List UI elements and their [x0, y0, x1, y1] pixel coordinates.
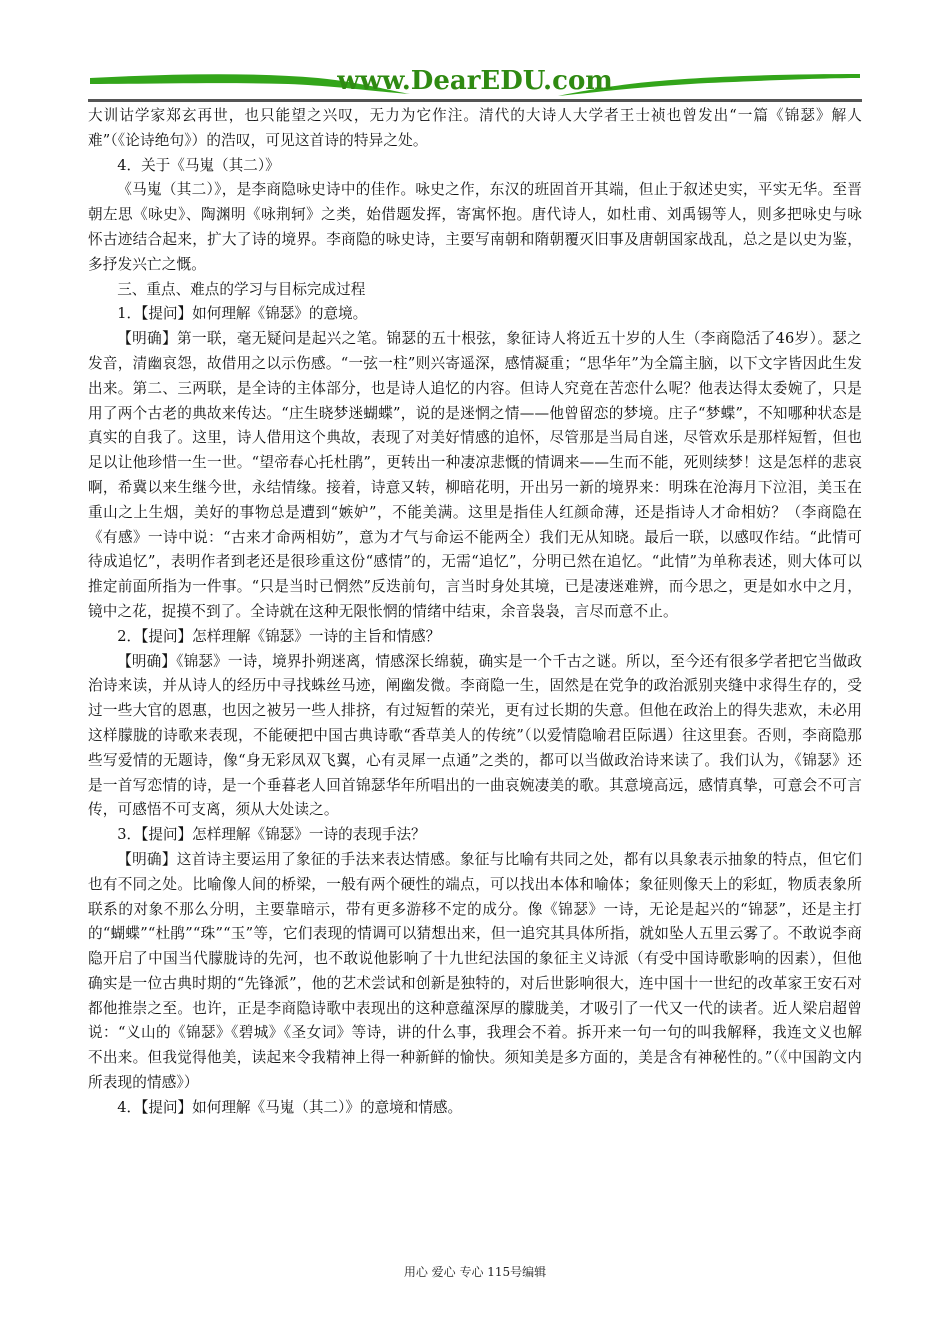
paragraph-continuation: 大训诂学家郑玄再世，也只能望之兴叹，无力为它作注。清代的大诗人大学者王士祯也曾发… [88, 104, 862, 154]
answer-2: 【明确】《锦瑟》一诗，境界扑朔迷离，情感深长绵藐，确实是一个千古之谜。所以，至今… [88, 650, 862, 824]
document-body: 大训诂学家郑玄再世，也只能望之兴叹，无力为它作注。清代的大诗人大学者王士祯也曾发… [88, 104, 862, 1121]
question-3: 3．【提问】怎样理解《锦瑟》一诗的表现手法？ [88, 823, 862, 848]
site-logo: www.DearEDU.com [88, 66, 862, 96]
section-heading-mawei: 4．关于《马嵬（其二）》 [88, 154, 862, 179]
paragraph-mawei: 《马嵬（其二）》，是李商隐咏史诗中的佳作。咏史之作，东汉的班固首开其端，但止于叙… [88, 178, 862, 277]
answer-1: 【明确】第一联，毫无疑问是起兴之笔。锦瑟的五十根弦，象征诗人将近五十岁的人生（李… [88, 327, 862, 625]
page-footer: 用心 爱心 专心 115号编辑 [0, 1263, 950, 1280]
question-4: 4．【提问】如何理解《马嵬（其二）》的意境和情感。 [88, 1096, 862, 1121]
question-2: 2．【提问】怎样理解《锦瑟》一诗的主旨和情感？ [88, 625, 862, 650]
page-header: www.DearEDU.com [88, 64, 862, 104]
answer-3: 【明确】这首诗主要运用了象征的手法来表达情感。象征与比喻有共同之处，都有以具象表… [88, 848, 862, 1096]
header-rule [88, 99, 862, 102]
section-heading-3: 三、重点、难点的学习与目标完成过程 [88, 278, 862, 303]
question-1: 1．【提问】如何理解《锦瑟》的意境。 [88, 302, 862, 327]
